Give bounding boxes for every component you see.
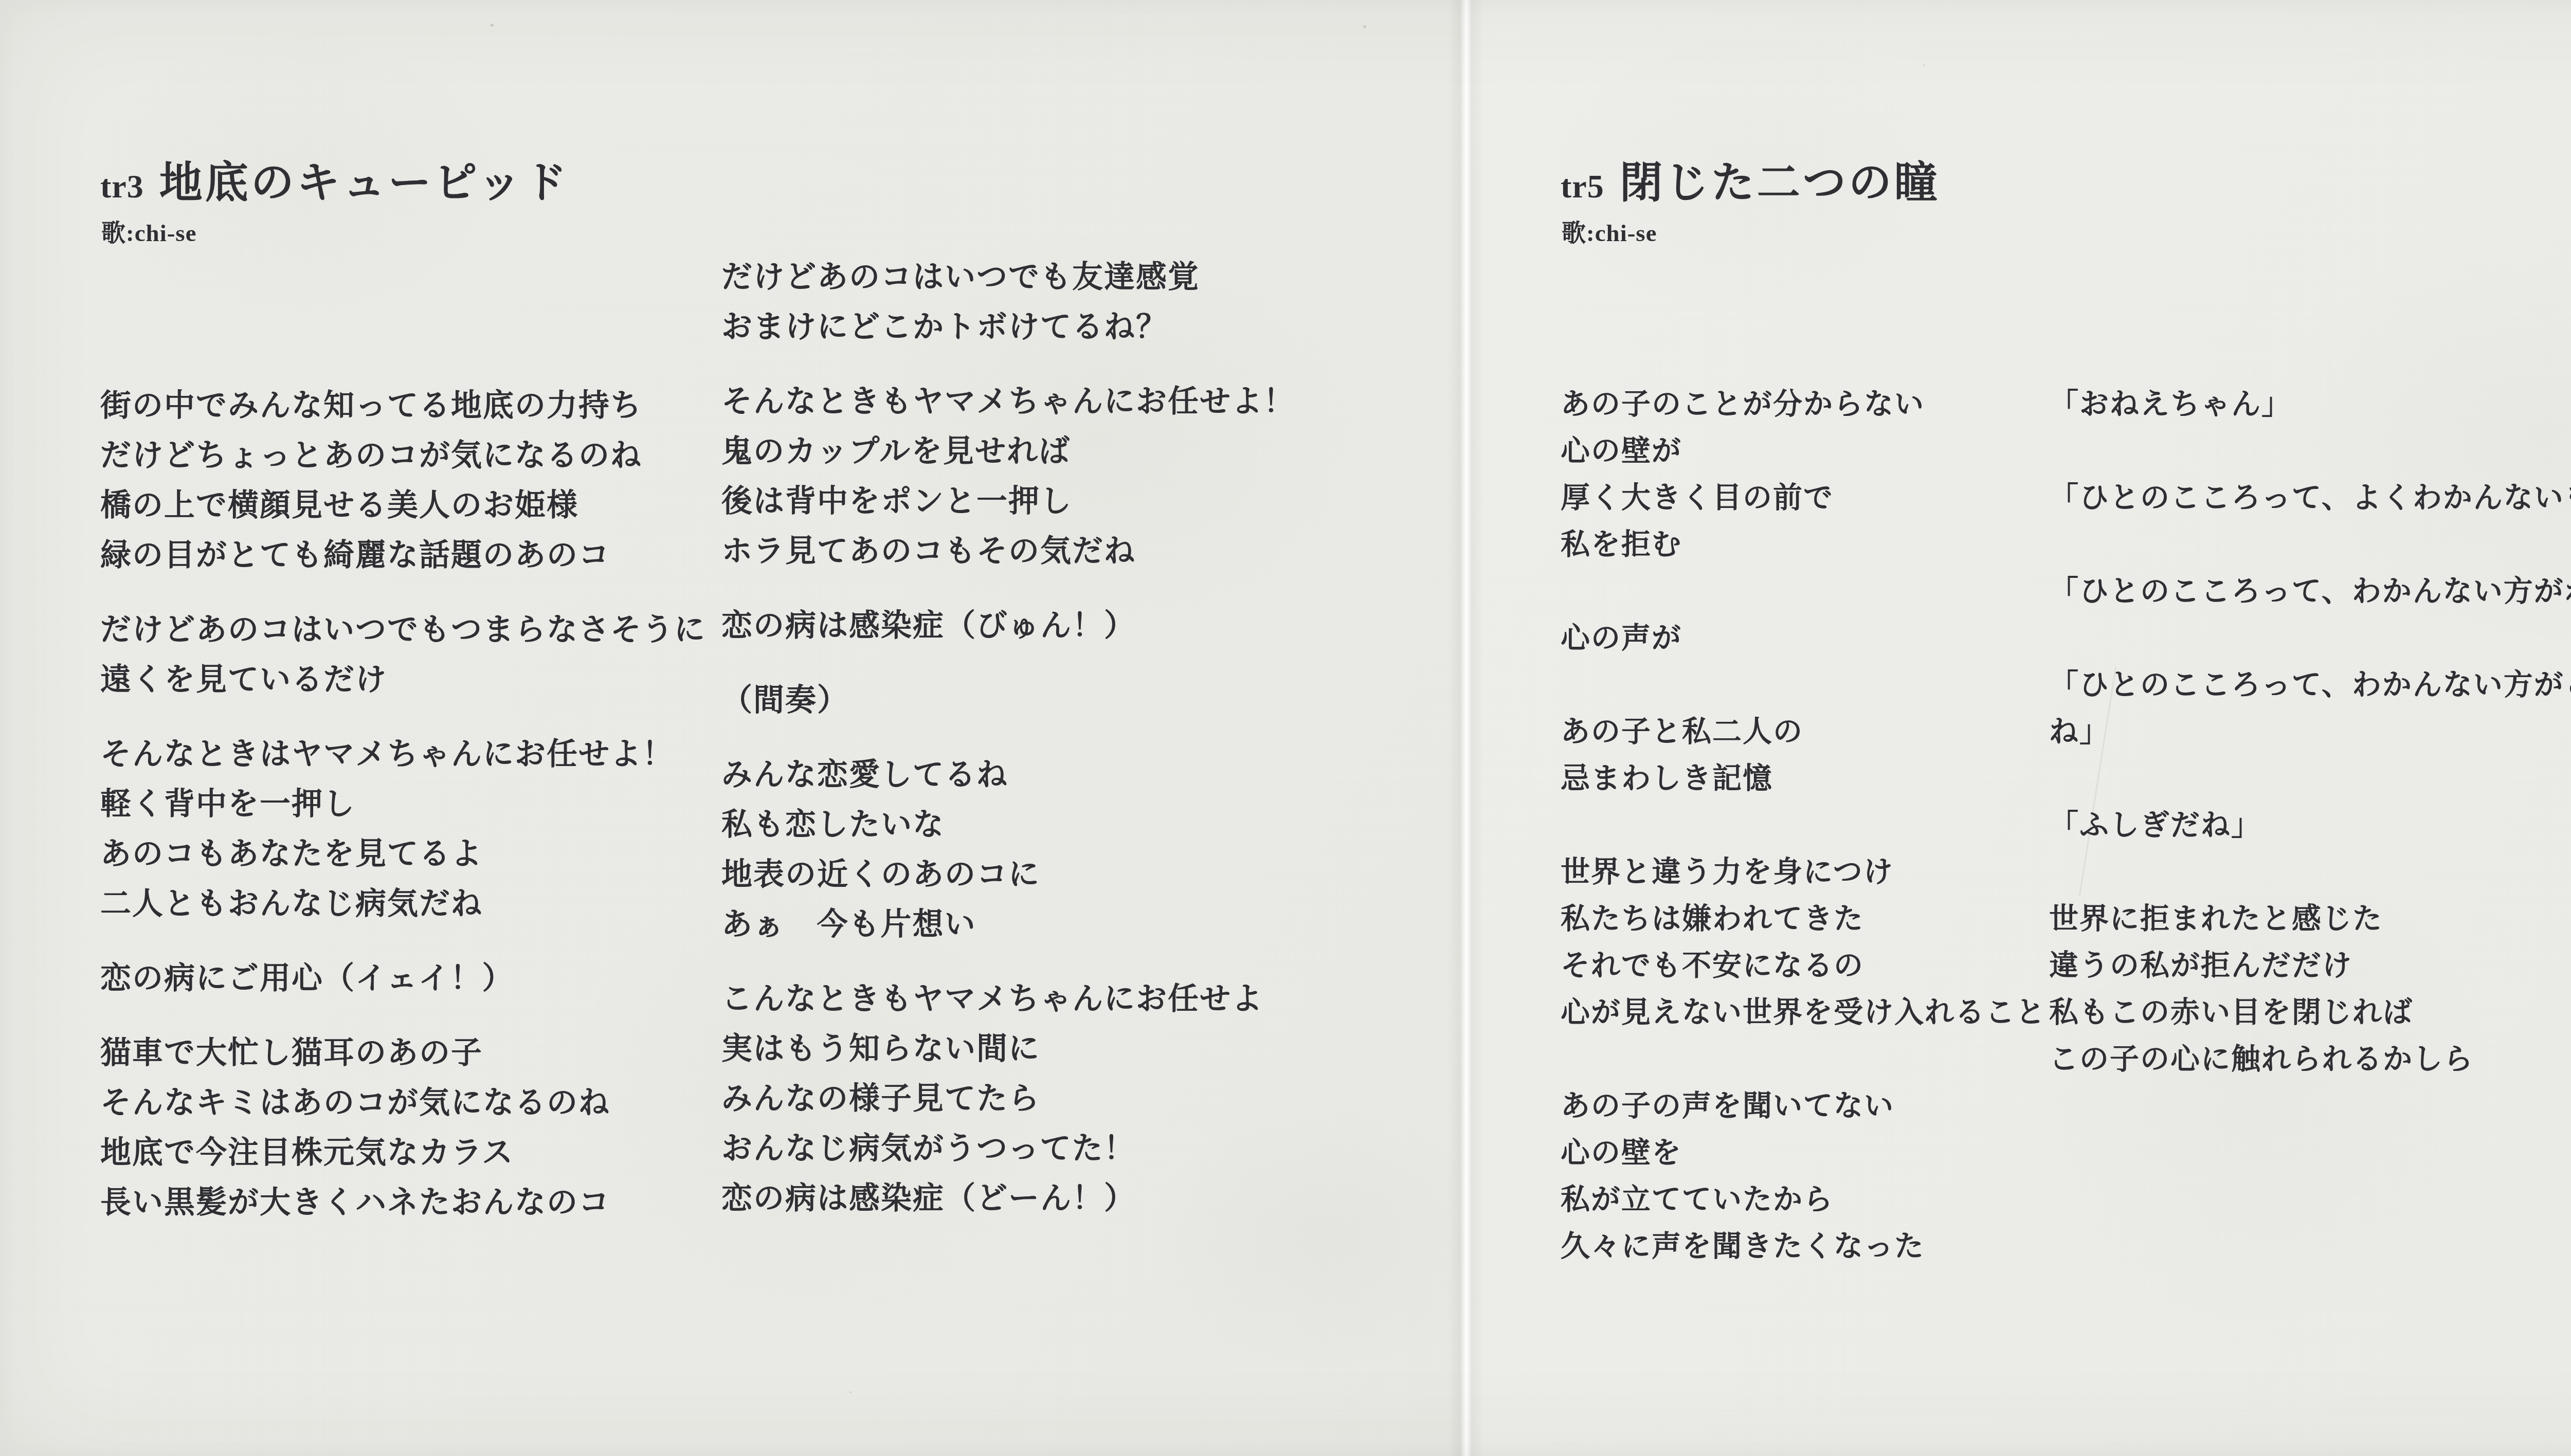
stanza: あの子と私二人の 忌まわしき記憶 <box>1561 708 2046 802</box>
page-left: tr3 地底のキューピッド 歌:chi-se 街の中でみんな知ってる地底の力持ち… <box>0 0 1467 1456</box>
vocalist-credit: 歌:chi-se <box>1562 214 1657 248</box>
stanza: みんな恋愛してるね 私も恋したいな 地表の近くのあのコに あぁ 今も片想い <box>721 750 1295 950</box>
stanza: 「ひとのこころって、わかんない方がわかるんだね」 <box>2049 568 2571 615</box>
stanza: 「おねえちゃん」 <box>2049 381 2571 428</box>
lyrics-column-left-1: 街の中でみんな知ってる地底の力持ち だけどちょっとあのコが気になるのね 橋の上で… <box>100 381 706 1228</box>
stanza: そんなときもヤマメちゃんにお任せよ！ 鬼のカップルを見せれば 後は背中をポンと一… <box>721 377 1295 576</box>
song-title: 閉じた二つの瞳 <box>1620 148 1940 210</box>
lyrics-column-right-2: 「おねえちゃん」「ひとのこころって、よくわかんないものなんだね」「ひとのこころっ… <box>2049 381 2571 1083</box>
stanza: 「ひとのこころって、わかんない方がこころ開いてくれるんだね」 <box>2049 662 2571 755</box>
stanza: 恋の病は感染症（びゅん！） <box>721 601 1295 651</box>
stanza: 恋の病にご用心（イェイ！） <box>100 954 706 1004</box>
song-title: 地底のキューピッド <box>159 148 570 210</box>
stanza: 世界に拒まれたと感じた 違うの私が拒んだだけ 私もこの赤い目を閉じれば この子の… <box>2049 896 2571 1083</box>
booklet-scan: tr3 地底のキューピッド 歌:chi-se 街の中でみんな知ってる地底の力持ち… <box>0 0 2571 1456</box>
stanza: 「ふしぎだね」 <box>2049 802 2571 849</box>
track-number: tr5 <box>1561 168 1604 206</box>
lyrics-column-right-1: あの子のことが分からない 心の壁が 厚く大きく目の前で 私を拒む心の声があの子と… <box>1561 381 2046 1270</box>
stanza: 「ひとのこころって、よくわかんないものなんだね」 <box>2049 475 2571 521</box>
page-right: tr5 閉じた二つの瞳 歌:chi-se あの子のことが分からない 心の壁が 厚… <box>1467 0 2571 1456</box>
stanza: 猫車で大忙し猫耳のあの子 そんなキミはあのコが気になるのね 地底で今注目株元気な… <box>100 1028 706 1228</box>
stanza: 世界と違う力を身につけ 私たちは嫌われてきた それでも不安になるの 心が見えない… <box>1561 849 2046 1036</box>
stanza: （間奏） <box>721 676 1295 725</box>
stanza: こんなときもヤマメちゃんにお任せよ 実はもう知らない間に みんなの様子見てたら … <box>721 974 1295 1224</box>
stanza: あの子の声を聞いてない 心の壁を 私が立てていたから 久々に声を聞きたくなった <box>1561 1083 2046 1270</box>
stanza: 心の声が <box>1561 615 2046 662</box>
vocalist-credit: 歌:chi-se <box>101 214 197 248</box>
stanza: だけどあのコはいつでもつまらなさそうに 遠くを見ているだけ <box>100 605 706 705</box>
stanza: だけどあのコはいつでも友達感覚 おまけにどこかトボけてるね？ <box>721 252 1295 352</box>
lyrics-column-left-2: だけどあのコはいつでも友達感覚 おまけにどこかトボけてるね？そんなときもヤマメち… <box>721 252 1295 1224</box>
stanza: 街の中でみんな知ってる地底の力持ち だけどちょっとあのコが気になるのね 橋の上で… <box>100 381 706 580</box>
stanza: そんなときはヤマメちゃんにお任せよ！ 軽く背中を一押し あのコもあなたを見てるよ… <box>100 730 706 929</box>
song-header: tr5 閉じた二つの瞳 <box>1561 148 1940 210</box>
track-number: tr3 <box>100 168 144 206</box>
stanza: あの子のことが分からない 心の壁が 厚く大きく目の前で 私を拒む <box>1561 381 2046 568</box>
song-header: tr3 地底のキューピッド <box>100 148 569 210</box>
